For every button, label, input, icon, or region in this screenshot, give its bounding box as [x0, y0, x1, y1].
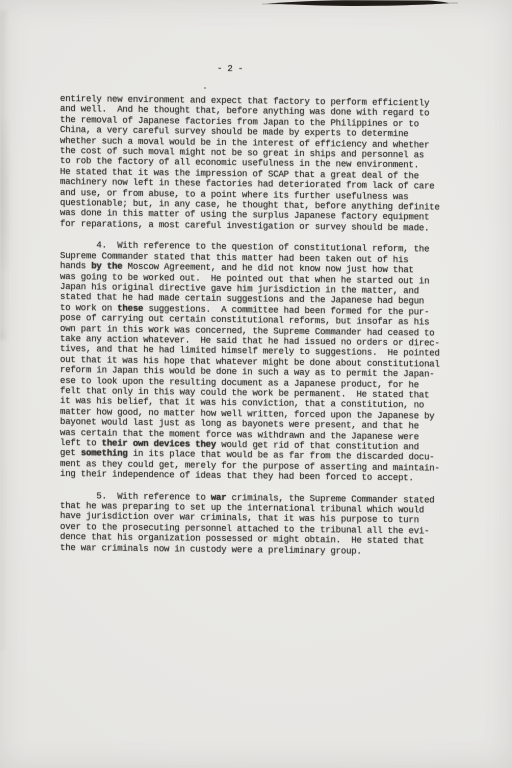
paragraph-5: 5. With reference to war criminals, the … — [60, 491, 480, 559]
typed-area: - 2 - entirely new environment and expec… — [0, 0, 512, 768]
page-number: - 2 - — [217, 64, 243, 74]
paragraph-continuation: entirely new environment and expect that… — [60, 94, 480, 234]
scanned-document-page: - 2 - entirely new environment and expec… — [0, 0, 512, 768]
paragraph-4: 4. With reference to the question of con… — [60, 240, 480, 484]
typed-text: entirely new environment and expect that… — [60, 94, 480, 569]
